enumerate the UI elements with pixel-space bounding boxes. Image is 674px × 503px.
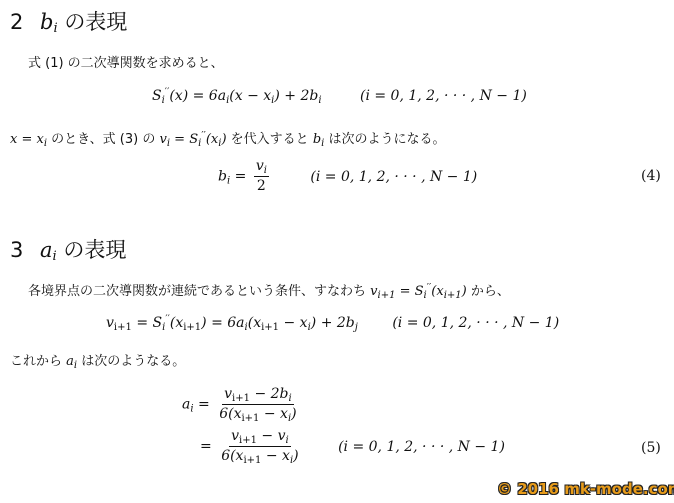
paragraph-substitution: x = xi のとき、式 (3) の vi = Si′′(xi) を代入すると … (10, 128, 445, 147)
index-range: (i = 0, 1, 2, · · · , N − 1) (392, 315, 559, 331)
paragraph-continuity: 各境界点の二次導関数が連続であるという条件、すなわち vi+1 = Si′′(x… (28, 280, 510, 299)
fraction: vi+1 − vi 6(xi+1 − xi) (219, 428, 300, 465)
heading-math: bi (40, 10, 58, 34)
equation-number-5: (5) (641, 440, 661, 456)
section-2-heading: 2bi の表現 (10, 6, 127, 36)
index-range: (i = 0, 1, 2, · · · , N − 1) (338, 439, 505, 455)
section-number: 3 (10, 238, 40, 262)
section-3-heading: 3ai の表現 (10, 234, 126, 264)
equation-continuity: vi+1 = Si′′(xi+1) = 6ai(xi+1 − xi) + 2bj… (106, 315, 559, 331)
index-range: (i = 0, 1, 2, · · · , N − 1) (310, 169, 477, 185)
fraction: vi2 (254, 158, 269, 195)
heading-text: の表現 (64, 10, 127, 34)
equation-4: bi = vi2 (i = 0, 1, 2, · · · , N − 1) (218, 158, 477, 195)
section-number: 2 (10, 10, 40, 34)
copyright-watermark: © 2016 mk-mode.com (497, 480, 674, 498)
paragraph-ai-result: これから ai は次のようなる。 (10, 350, 185, 369)
heading-math: ai (40, 238, 57, 262)
equation-5-line-1: ai = vi+1 − 2bi 6(xi+1 − xi) (182, 386, 302, 423)
heading-text: の表現 (63, 238, 126, 262)
equation-5-line-2: = vi+1 − vi 6(xi+1 − xi) (i = 0, 1, 2, ·… (200, 428, 505, 465)
index-range: (i = 0, 1, 2, · · · , N − 1) (360, 88, 527, 104)
equation-second-derivative: Si′′(x) = 6ai(x − xi) + 2bi (i = 0, 1, 2… (152, 88, 527, 104)
equation-number-4: (4) (641, 168, 661, 184)
fraction: vi+1 − 2bi 6(xi+1 − xi) (217, 386, 298, 423)
paragraph-second-derivative: 式 (1) の二次導関数を求めると、 (28, 52, 224, 71)
